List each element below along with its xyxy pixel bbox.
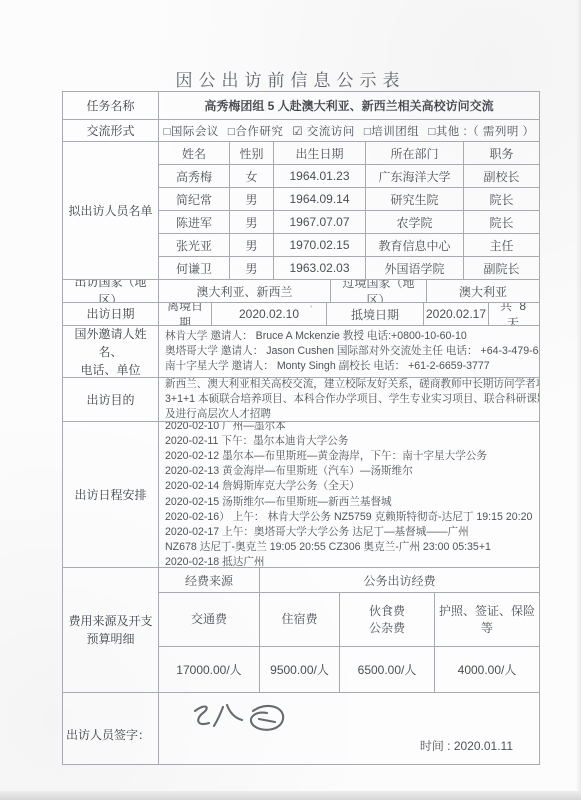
scan-edge-right xyxy=(576,0,581,800)
member-dob: 1967.07.07 xyxy=(273,211,365,233)
personnel-header-row: 姓名 性别 出生日期 所在部门 职务 xyxy=(159,142,539,164)
row-task-name: 任务名称 高秀梅团组 5 人赴澳大利亚、新西兰相关高校访问交流 xyxy=(63,92,539,119)
member-gender: 女 xyxy=(229,165,273,187)
invitees-label: 国外邀请人姓名、 电话、单位 xyxy=(63,326,158,377)
row-budget: 费用来源及开支 预算明细 经费来源 公务出访经费 交通费 住宿费 伙食费 公杂费… xyxy=(63,567,539,692)
member-name: 张光亚 xyxy=(159,234,229,256)
member-dob: 1964.01.23 xyxy=(273,165,365,187)
departure-date-label: 离境日期 xyxy=(158,303,211,325)
itinerary-line: 2020-02-17 上午：奥塔哥大学大学公务 达尼丁—基督城——广州 xyxy=(165,525,469,540)
member-gender: 男 xyxy=(229,234,273,256)
invitees-content: 林肯大学 邀请人： Bruce A Mckenzie 教授 电话:+0800-1… xyxy=(158,326,539,377)
budget-label: 费用来源及开支 预算明细 xyxy=(63,568,158,692)
budget-cat-transport: 交通费 xyxy=(159,593,259,646)
member-name: 高秀梅 xyxy=(159,165,229,187)
budget-val-passport: 4000.00/人 xyxy=(434,647,539,692)
member-dept: 农学院 xyxy=(365,211,463,233)
scanned-form-page: 因公出访前信息公示表 任务名称 高秀梅团组 5 人赴澳大利亚、新西兰相关高校访问… xyxy=(0,0,581,800)
invitee-line: 奥塔哥大学 邀请人： Jason Cushen 国际部对外交流处主任 电话： +… xyxy=(165,344,539,359)
personnel-row-4: 张光亚 男 1970.02.15 教育信息中心 主任 xyxy=(159,233,539,256)
scan-mark: ' xyxy=(310,304,312,314)
itinerary-line: 2020-02-11 下午：墨尔本迪肯大学公务 xyxy=(165,434,348,449)
member-name: 简纪常 xyxy=(159,188,229,210)
arrival-date-value: 2020.02.17 xyxy=(423,303,488,325)
itinerary-content: 2020-02-10 广州—墨尔本 2020-02-11 下午：墨尔本迪肯大学公… xyxy=(158,422,539,567)
itinerary-label: 出访日程安排 xyxy=(63,422,158,567)
itinerary-line: 2020-02-15 汤斯维尔—布里斯班—新西兰基督城 xyxy=(165,495,392,510)
member-name: 何谦卫 xyxy=(159,257,229,279)
itinerary-line: 2020-02-16） 上午： 林肯大学公务 NZ5759 克赖斯特彻奇-达尼丁… xyxy=(165,510,532,525)
member-dept: 研究生院 xyxy=(365,188,463,210)
invitee-line: 林肯大学 邀请人： Bruce A Mckenzie 教授 电话:+0800-1… xyxy=(165,329,467,344)
header-name: 姓名 xyxy=(159,142,229,164)
signature-time: 时间 : 2020.01.11 xyxy=(420,737,513,754)
row-exchange-form: 交流形式 □国际会议 □合作研究 ☑ 交流访问 □培训团组 □其他 :（ 需列明… xyxy=(63,119,539,141)
member-dept: 教育信息中心 xyxy=(365,234,463,256)
purpose-line: 3+1+1 本硕联合培养项目、本科合作办学项目、学生专业实习项目、联合科研课题申… xyxy=(165,392,539,407)
budget-source-row: 经费来源 公务出访经费 xyxy=(159,568,539,592)
row-countries: 出访国家（地区） 澳大利亚、新西兰 过境国家（地区） 澳大利亚 xyxy=(63,279,539,302)
scan-edge-bottom xyxy=(0,791,581,800)
member-gender: 男 xyxy=(229,188,273,210)
budget-cat-meals: 伙食费 公杂费 xyxy=(339,593,434,646)
member-name: 陈进军 xyxy=(159,211,229,233)
dates-label: 出访日期 xyxy=(63,303,158,325)
budget-table: 经费来源 公务出访经费 交通费 住宿费 伙食费 公杂费 护照、签证、保险等 17… xyxy=(158,568,539,692)
member-dept: 广东海洋大学 xyxy=(365,165,463,187)
member-title: 院长 xyxy=(463,188,539,210)
departure-date-value: 2020.02.10' xyxy=(211,303,326,325)
personnel-table: 姓名 性别 出生日期 所在部门 职务 高秀梅 女 1964.01.23 广东海洋… xyxy=(158,142,539,279)
header-gender: 性别 xyxy=(229,142,273,164)
row-invitees: 国外邀请人姓名、 电话、单位 林肯大学 邀请人： Bruce A Mckenzi… xyxy=(63,325,539,377)
member-title: 院长 xyxy=(463,211,539,233)
header-dept: 所在部门 xyxy=(365,142,463,164)
itinerary-line: NZ678 达尼丁-奥克兰 19:05 20:55 CZ306 奥克兰-广州 2… xyxy=(165,540,491,555)
form-table: 任务名称 高秀梅团组 5 人赴澳大利亚、新西兰相关高校访问交流 交流形式 □国际… xyxy=(62,91,540,765)
transit-label: 过境国家（地区） xyxy=(330,280,426,302)
member-dob: 1970.02.15 xyxy=(273,234,365,256)
exchange-form-label: 交流形式 xyxy=(63,120,158,141)
handwritten-signature xyxy=(187,699,297,743)
personnel-row-2: 简纪常 男 1964.09.14 研究生院 院长 xyxy=(159,187,539,210)
itinerary-line: 2020-02-18 抵达广州 xyxy=(165,555,265,567)
task-name-value: 高秀梅团组 5 人赴澳大利亚、新西兰相关高校访问交流 xyxy=(158,92,539,119)
exchange-form-options: □国际会议 □合作研究 ☑ 交流访问 □培训团组 □其他 :（ 需列明 ） xyxy=(158,120,539,141)
row-dates: 出访日期 离境日期 2020.02.10' 抵境日期 2020.02.17 共 … xyxy=(63,302,539,325)
checkbox-training-group: □培训团组 xyxy=(364,123,419,139)
transit-value: 澳大利亚 xyxy=(426,280,539,302)
itinerary-line: 2020-02-12 墨尔本—布里斯班—黄金海岸，下午：南十字星大学公务 xyxy=(165,449,487,464)
row-itinerary: 出访日程安排 2020-02-10 广州—墨尔本 2020-02-11 下午：墨… xyxy=(63,421,539,567)
member-dob: 1964.09.14 xyxy=(273,188,365,210)
signature-label: 出访人员签字： xyxy=(63,693,158,764)
member-dob: 1963.02.03 xyxy=(273,257,365,279)
personnel-label: 拟出访人员名单 xyxy=(63,142,158,279)
row-signature: 出访人员签字： 时间 : 2020.01.11 xyxy=(63,692,539,764)
personnel-row-3: 陈进军 男 1967.07.07 农学院 院长 xyxy=(159,210,539,233)
member-gender: 男 xyxy=(229,211,273,233)
form-title: 因公出访前信息公示表 xyxy=(0,66,581,91)
budget-source-value: 公务出访经费 xyxy=(259,568,539,592)
row-purpose: 出访目的 新西兰、澳大利亚相关高校交流，建立校际友好关系，磋商教师中长期访问学者… xyxy=(63,377,539,421)
trip-duration: 共 8 天 xyxy=(488,303,539,325)
itinerary-line: 2020-02-13 黄金海岸—布里斯班（汽车）—汤斯维尔 xyxy=(165,464,413,479)
signature-area: 时间 : 2020.01.11 xyxy=(158,693,539,764)
budget-val-transport: 17000.00/人 xyxy=(159,647,259,692)
header-dob: 出生日期 xyxy=(273,142,365,164)
itinerary-line: 2020-02-10 广州—墨尔本 xyxy=(165,422,286,434)
personnel-row-1: 高秀梅 女 1964.01.23 广东海洋大学 副校长 xyxy=(159,164,539,187)
purpose-line: 新西兰、澳大利亚相关高校交流，建立校际友好关系，磋商教师中长期访问学者项目、 xyxy=(165,378,539,392)
budget-val-lodging: 9500.00/人 xyxy=(259,647,339,692)
checkbox-exchange-visit-checked: ☑ 交流访问 xyxy=(292,123,355,139)
checkbox-other: □其他 :（ 需列明 ） xyxy=(428,123,534,139)
checkbox-cooperative-research: □合作研究 xyxy=(228,123,283,139)
checkbox-international-conference: □国际会议 xyxy=(163,123,218,139)
budget-value-row: 17000.00/人 9500.00/人 6500.00/人 4000.00/人 xyxy=(159,646,539,692)
budget-category-row: 交通费 住宿费 伙食费 公杂费 护照、签证、保险等 xyxy=(159,592,539,646)
member-dept: 外国语学院 xyxy=(365,257,463,279)
header-title: 职务 xyxy=(463,142,539,164)
budget-val-meals: 6500.00/人 xyxy=(339,647,434,692)
purpose-line: 及进行高层次人才招聘 xyxy=(165,407,271,421)
countries-label: 出访国家（地区） xyxy=(63,280,158,302)
countries-value: 澳大利亚、新西兰 xyxy=(158,280,330,302)
member-gender: 男 xyxy=(229,257,273,279)
arrival-date-label: 抵境日期 xyxy=(326,303,423,325)
member-title: 副院长 xyxy=(463,257,539,279)
budget-cat-passport: 护照、签证、保险等 xyxy=(434,593,539,646)
row-personnel: 拟出访人员名单 姓名 性别 出生日期 所在部门 职务 高秀梅 女 1964.01… xyxy=(63,141,539,279)
itinerary-line: 2020-02-14 詹姆斯库克大学公务（全天） xyxy=(165,479,360,494)
invitee-line: 南十字星大学 邀请人： Monty Singh 副校长 电话： +61-2-66… xyxy=(165,359,490,374)
member-title: 主任 xyxy=(463,234,539,256)
purpose-content: 新西兰、澳大利亚相关高校交流，建立校际友好关系，磋商教师中长期访问学者项目、 3… xyxy=(158,378,539,421)
budget-cat-lodging: 住宿费 xyxy=(259,593,339,646)
member-title: 副校长 xyxy=(463,165,539,187)
purpose-label: 出访目的 xyxy=(63,378,158,421)
personnel-row-5: 何谦卫 男 1963.02.03 外国语学院 副院长 xyxy=(159,256,539,279)
task-name-label: 任务名称 xyxy=(63,92,158,119)
budget-source-label: 经费来源 xyxy=(159,568,259,592)
